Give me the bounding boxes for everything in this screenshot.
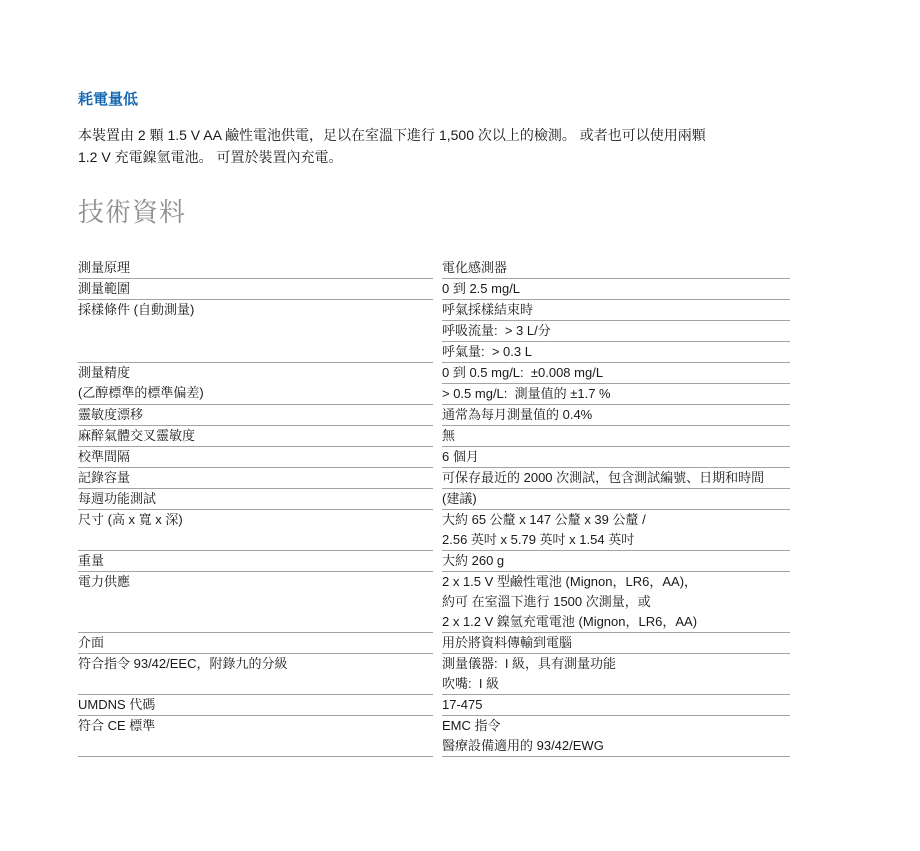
spec-row: 每週功能測試 (建議) [78,489,790,510]
spec-label: 符合指令 93/42/EEC，附錄九的分級 [78,654,433,695]
spec-row: 測量精度 (乙醇標準的標準偏差) 0 到 0.5 mg/L: ±0.008 mg… [78,363,790,405]
spec-label: 靈敏度漂移 [78,405,433,426]
spec-row: 測量原理 電化感測器 [78,258,790,279]
spec-value: 用於將資料傳輸到電腦 [442,633,790,654]
spec-value: 6 個月 [442,447,790,468]
spec-value: 呼氣量: > 0.3 L [442,342,790,363]
spec-label: 採樣條件 (自動測量) [78,300,433,363]
spec-value: 可保存最近的 2000 次測試，包含測試編號、日期和時間 [442,468,790,489]
spec-label: 測量原理 [78,258,433,279]
spec-value: 17-475 [442,695,790,716]
spec-value: 呼氣採樣結束時 [442,300,790,321]
spec-label: 尺寸 (高 x 寬 x 深) [78,510,433,551]
spec-label: 校準間隔 [78,447,433,468]
spec-value: 大約 260 g [442,551,790,572]
document-page: 耗電量低 本裝置由 2 顆 1.5 V AA 鹼性電池供電，足以在室溫下進行 1… [0,0,920,757]
spec-value: EMC 指令 醫療設備適用的 93/42/EWG [442,716,790,757]
spec-row: 電力供應 2 x 1.5 V 型鹼性電池 (Mignon，LR6，AA)， 約可… [78,572,790,633]
spec-label: 重量 [78,551,433,572]
spec-label: 測量範圍 [78,279,433,300]
spec-value: 0 到 2.5 mg/L [442,279,790,300]
spec-label: 麻醉氣體交叉靈敏度 [78,426,433,447]
spec-table: 測量原理 電化感測器 測量範圍 0 到 2.5 mg/L 採樣條件 (自動測量)… [78,258,790,757]
spec-value: 通常為每月測量值的 0.4% [442,405,790,426]
spec-value: 2 x 1.5 V 型鹼性電池 (Mignon，LR6，AA)， 約可 在室溫下… [442,572,790,633]
spec-value: 無 [442,426,790,447]
spec-label: UMDNS 代碼 [78,695,433,716]
spec-label: 每週功能測試 [78,489,433,510]
spec-value: (建議) [442,489,790,510]
spec-value: 測量儀器: I 級，具有測量功能 吹嘴: I 級 [442,654,790,695]
spec-row: 麻醉氣體交叉靈敏度 無 [78,426,790,447]
spec-value: 大約 65 公釐 x 147 公釐 x 39 公釐 / 2.56 英吋 x 5.… [442,510,790,551]
spec-value: 呼吸流量: > 3 L/分 [442,321,790,342]
spec-row: 校準間隔 6 個月 [78,447,790,468]
spec-label: 記錄容量 [78,468,433,489]
spec-row: 符合指令 93/42/EEC，附錄九的分級 測量儀器: I 級，具有測量功能 吹… [78,654,790,695]
spec-row: 尺寸 (高 x 寬 x 深) 大約 65 公釐 x 147 公釐 x 39 公釐… [78,510,790,551]
spec-row: 靈敏度漂移 通常為每月測量值的 0.4% [78,405,790,426]
spec-row: 測量範圍 0 到 2.5 mg/L [78,279,790,300]
spec-row: 符合 CE 標準 EMC 指令 醫療設備適用的 93/42/EWG [78,716,790,757]
technical-data-heading: 技術資料 [78,198,790,226]
spec-value: > 0.5 mg/L: 測量值的 ±1.7 % [442,384,790,405]
spec-row: 採樣條件 (自動測量) 呼氣採樣結束時 呼吸流量: > 3 L/分 呼氣量: >… [78,300,790,363]
spec-row: UMDNS 代碼 17-475 [78,695,790,716]
spec-row: 介面 用於將資料傳輸到電腦 [78,633,790,654]
spec-label: 介面 [78,633,433,654]
spec-label: 電力供應 [78,572,433,633]
spec-row: 重量 大約 260 g [78,551,790,572]
spec-row: 記錄容量 可保存最近的 2000 次測試，包含測試編號、日期和時間 [78,468,790,489]
section-heading-low-power: 耗電量低 [78,92,790,108]
spec-value: 電化感測器 [442,258,790,279]
spec-label: 測量精度 (乙醇標準的標準偏差) [78,363,433,405]
spec-label: 符合 CE 標準 [78,716,433,757]
body-paragraph: 本裝置由 2 顆 1.5 V AA 鹼性電池供電，足以在室溫下進行 1,500 … [78,124,790,168]
spec-value: 0 到 0.5 mg/L: ±0.008 mg/L [442,363,790,384]
